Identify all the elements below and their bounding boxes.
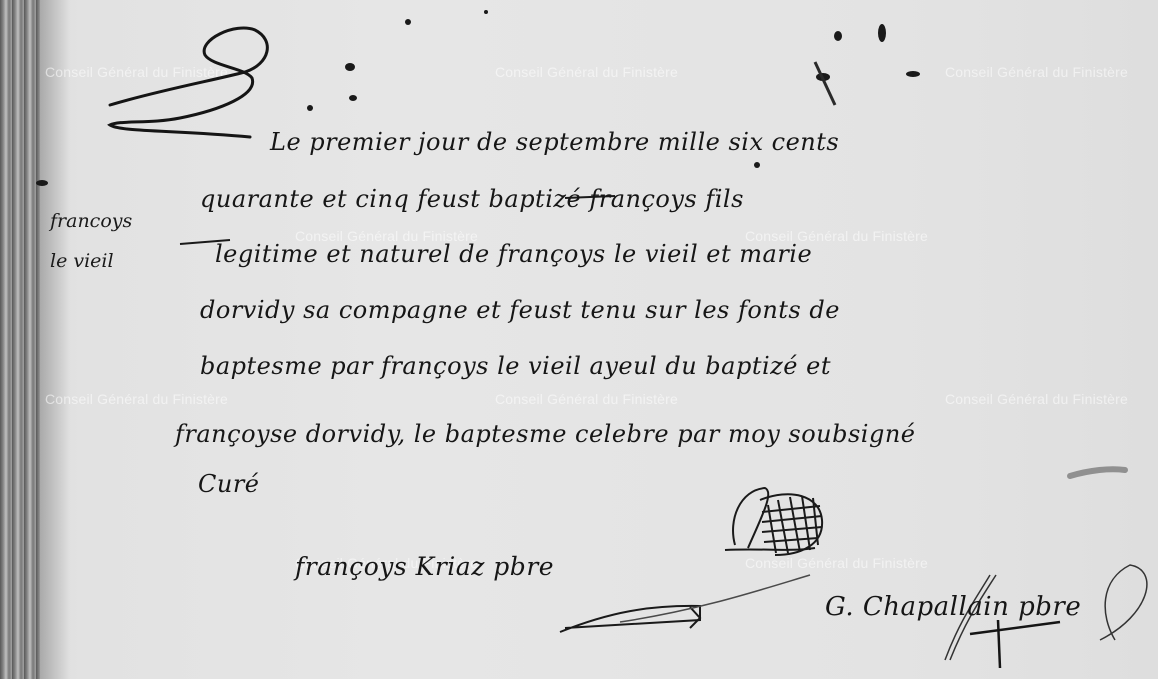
margin-note-name: francoys (50, 210, 132, 232)
entry-line-4: dorvidy sa compagne et feust tenu sur le… (200, 296, 840, 324)
ink-spots (36, 10, 920, 186)
signature-paraph-icon (725, 488, 822, 555)
margin-note-surname: le vieil (50, 250, 114, 272)
signature-francoys-kriaz: françoys Kriaz pbre (295, 552, 554, 581)
signature-chapallain: G. Chapallain pbre (825, 592, 1081, 622)
entry-line-7: Curé (198, 470, 260, 498)
register-page: Conseil Général du Finistère Conseil Gén… (0, 0, 1158, 679)
entry-line-6: françoyse dorvidy, le baptesme celebre p… (175, 420, 916, 448)
ink-flourishes (0, 0, 1158, 679)
entry-line-2: quarante et cinq feust baptizé françoys … (200, 185, 744, 213)
entry-line-5: baptesme par françoys le vieil ayeul du … (200, 352, 831, 380)
entry-line-1: Le premier jour de septembre mille six c… (270, 128, 839, 156)
ornamental-initial-L-icon (110, 28, 267, 137)
entry-line-3: legitime et naturel de françoys le vieil… (215, 240, 812, 268)
